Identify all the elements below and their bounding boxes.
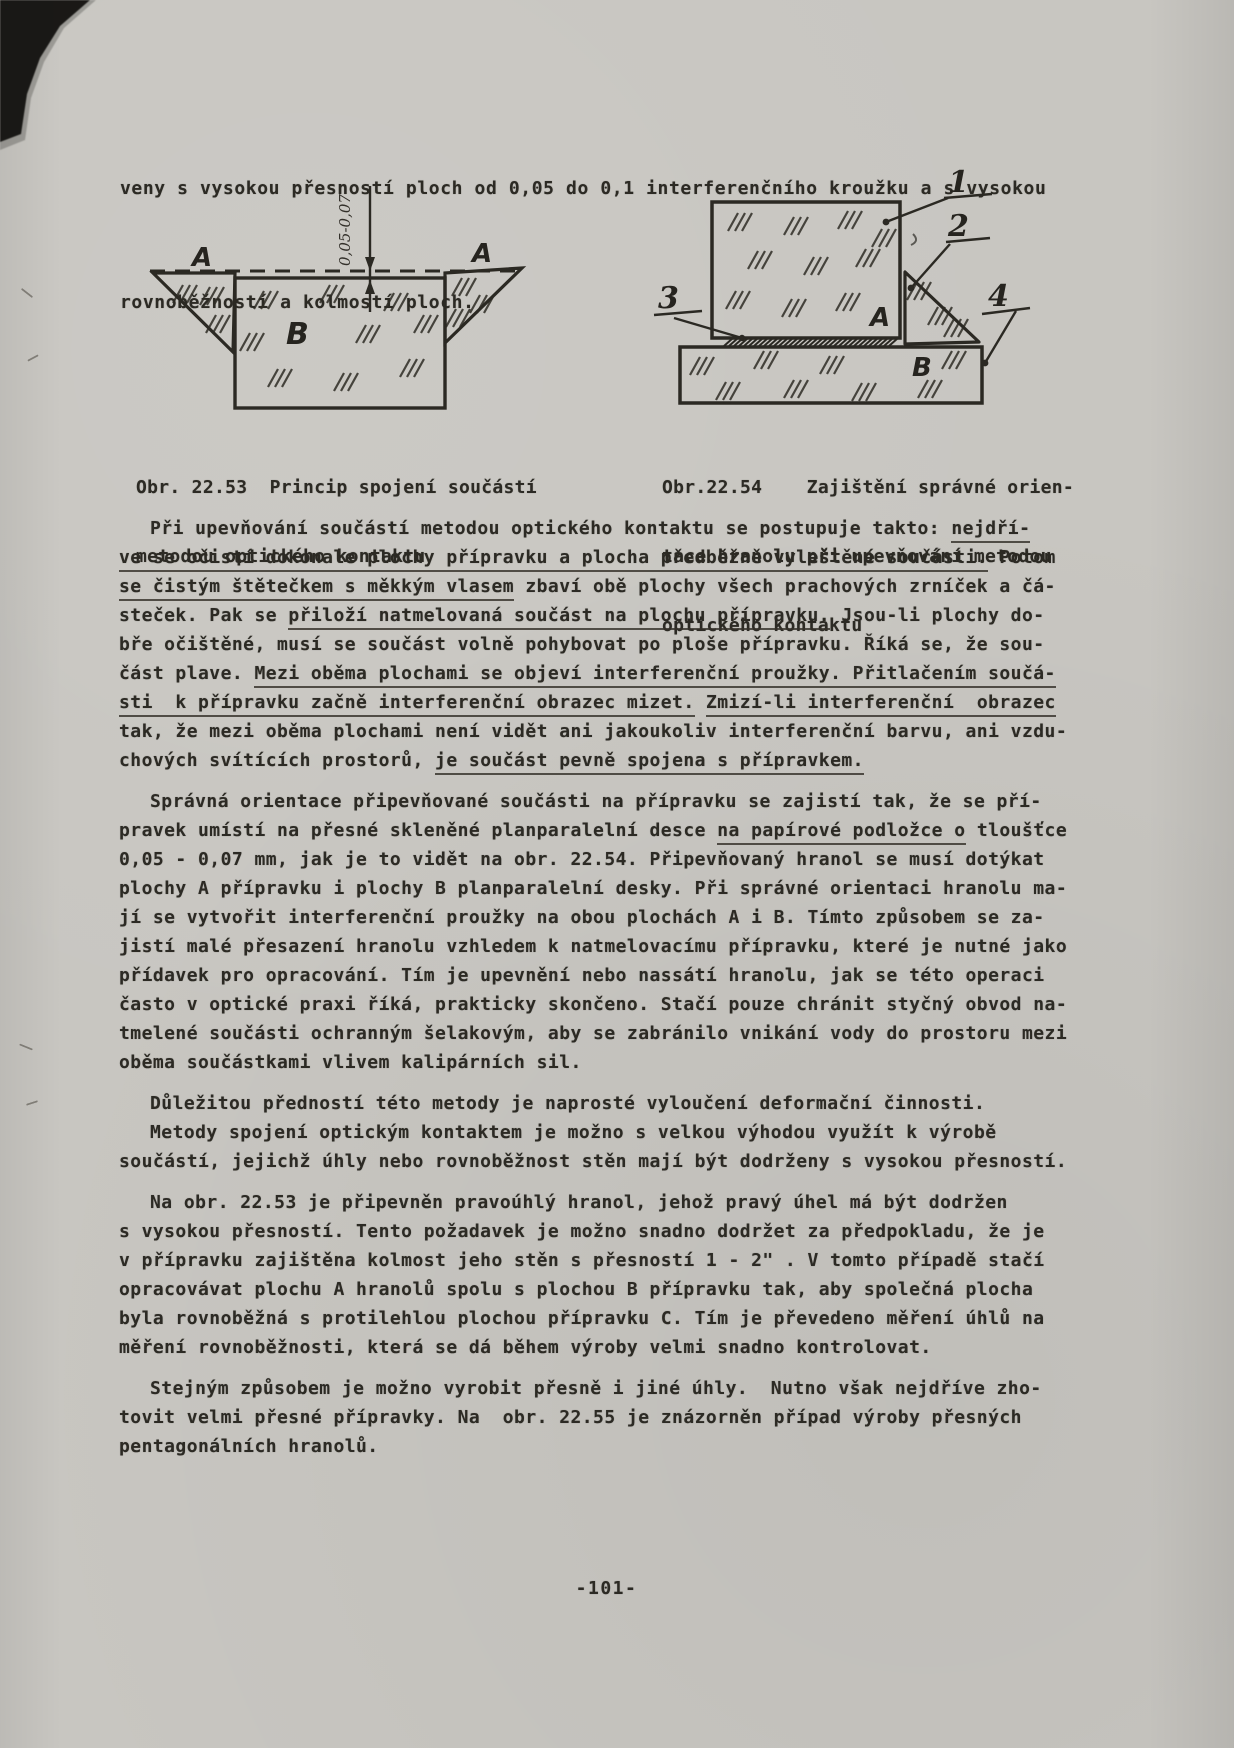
label-A-right: A (470, 239, 492, 269)
body-line: pentagonálních hranolů. (119, 1432, 1094, 1461)
body-line: Stejným způsobem je možno vyrobit přesně… (119, 1374, 1094, 1403)
body-line: Důležitou předností této metody je napro… (119, 1089, 1094, 1118)
body-line: Metody spojení optickým kontaktem je mož… (119, 1118, 1094, 1147)
text-segment: tovit velmi přesné přípravky. Na obr. 22… (119, 1407, 1022, 1428)
text-segment: Při upevňování součástí metodou optickéh… (150, 518, 951, 539)
underlined-text: nejdří- (951, 518, 1030, 543)
pencil-mark (19, 1043, 33, 1050)
dimension-arrow-up (365, 280, 375, 294)
body-line: plochy A přípravku i plochy B planparale… (119, 874, 1094, 903)
scan-corner-mark (0, 0, 110, 150)
underlined-text: přiloží natmelovaná součást na plochu př… (288, 605, 830, 630)
text-segment: v přípravku zajištěna kolmost jeho stěn … (119, 1250, 1045, 1271)
body-line: s vysokou přesností. Tento požadavek je … (119, 1217, 1094, 1246)
body-line: opracovávat plochu A hranolů spolu s plo… (119, 1275, 1094, 1304)
body-line: často v optické praxi říká, prakticky sk… (119, 990, 1094, 1019)
body-line: přídavek pro opracování. Tím je upevnění… (119, 961, 1094, 990)
text-segment: zbaví obě plochy všech prachových zrníče… (514, 576, 1056, 597)
leader-dot-4 (982, 360, 989, 367)
text-segment: často v optické praxi říká, prakticky sk… (119, 994, 1067, 1015)
text-segment: opracovávat plochu A hranolů spolu s plo… (119, 1279, 1033, 1300)
text-segment: byla rovnoběžná s protilehlou plochou př… (119, 1308, 1045, 1329)
page-number: -101- (119, 1578, 1094, 1599)
label-B-base: B (912, 353, 932, 383)
left-wedge-outline (153, 273, 235, 352)
label-A-left: A (190, 243, 212, 273)
body-line: chových svítících prostorů, je součást p… (119, 746, 1094, 775)
body-line: ve se očistí dokonale plochy přípravku a… (119, 543, 1094, 572)
text-segment: pravek umístí na přesné skleněné planpar… (119, 820, 717, 841)
text-segment: Důležitou předností této metody je napro… (150, 1093, 985, 1114)
underlined-text: je součást pevně spojena s přípravkem. (435, 750, 864, 775)
text-segment: oběma součástkami vlivem kalipárních sil… (119, 1052, 582, 1073)
caption-line: Obr. 22.53 Princip spojení součástí (136, 476, 537, 499)
body-line: jí se vytvořit interferenční proužky na … (119, 903, 1094, 932)
leader-dot-1 (883, 219, 890, 226)
text-segment: Správná orientace připevňované součásti … (150, 791, 1042, 812)
body-line: byla rovnoběžná s protilehlou plochou př… (119, 1304, 1094, 1333)
text-segment: Metody spojení optickým kontaktem je mož… (150, 1122, 997, 1143)
body-line: jistí malé přesazení hranolu vzhledem k … (119, 932, 1094, 961)
body-line: pravek umístí na přesné skleněné planpar… (119, 816, 1094, 845)
text-segment: chových svítících prostorů, (119, 750, 435, 771)
dimension-label: 0,05-0,07 (336, 194, 354, 266)
underlined-text: sti k přípravku začně interferenční obra… (119, 692, 695, 717)
leader-line-2 (911, 244, 950, 288)
underlined-text: Zmizí-li interferenční obrazec (706, 692, 1056, 717)
label-A-prism: A (868, 303, 890, 333)
dimension-arrow-down (365, 257, 375, 271)
pencil-mark (26, 1100, 38, 1106)
body-line: část plave. Mezi oběma plochami se objev… (119, 659, 1094, 688)
text-segment: tmelené součásti ochranným šelakovým, ab… (119, 1023, 1067, 1044)
body-line: tak, že mezi oběma plochami není vidět a… (119, 717, 1094, 746)
body-line: oběma součástkami vlivem kalipárních sil… (119, 1048, 1094, 1077)
label-B-block: B (286, 317, 309, 352)
pencil-mark (27, 354, 39, 361)
body-line: tovit velmi přesné přípravky. Na obr. 22… (119, 1403, 1094, 1432)
text-segment: tloušťce (966, 820, 1068, 841)
stray-mark (911, 234, 916, 245)
body-line: sti k přípravku začně interferenční obra… (119, 688, 1094, 717)
leader-dot-3 (739, 335, 745, 341)
caption-line: Obr.22.54 Zajištění správné orien- (662, 476, 1074, 499)
text-segment: s vysokou přesností. Tento požadavek je … (119, 1221, 1045, 1242)
text-segment (695, 692, 706, 713)
ref-number-2: 2 (947, 209, 969, 244)
body-line: v přípravku zajištěna kolmost jeho stěn … (119, 1246, 1094, 1275)
text-segment: bře očištěné, musí se součást volně pohy… (119, 634, 1045, 655)
underlined-text: se čistým štětečkem s měkkým vlasem (119, 576, 514, 601)
body-line: tmelené součásti ochranným šelakovým, ab… (119, 1019, 1094, 1048)
text-segment: přídavek pro opracování. Tím je upevnění… (119, 965, 1045, 986)
figure-22-54: 1 2 3 4 A B (598, 158, 1073, 413)
body-line: Na obr. 22.53 je připevněn pravoúhlý hra… (119, 1188, 1094, 1217)
body-line: Správná orientace připevňované součásti … (119, 787, 1094, 816)
body-line: Při upevňování součástí metodou optickéh… (119, 514, 1094, 543)
body-line: steček. Pak se přiloží natmelovaná součá… (119, 601, 1094, 630)
text-segment: tak, že mezi oběma plochami není vidět a… (119, 721, 1067, 742)
body-text: Při upevňování součástí metodou optickéh… (119, 514, 1094, 1461)
text-segment: 0,05 - 0,07 mm, jak je to vidět na obr. … (119, 849, 1045, 870)
ref-number-4: 4 (988, 279, 1009, 314)
body-line: bře očištěné, musí se součást volně pohy… (119, 630, 1094, 659)
text-segment: jistí malé přesazení hranolu vzhledem k … (119, 936, 1067, 957)
underlined-text: na papírové podložce o (717, 820, 965, 845)
figure-22-53: 0,05-0,07 A A B (128, 172, 573, 417)
text-segment: část plave. (119, 663, 254, 684)
body-line: měření rovnoběžnosti, která se dá během … (119, 1333, 1094, 1362)
leader-line-3 (674, 318, 742, 338)
right-wedge-outline (445, 268, 522, 343)
body-line: se čistým štětečkem s měkkým vlasem zbav… (119, 572, 1094, 601)
leader-line-4 (985, 311, 1016, 363)
text-segment: pentagonálních hranolů. (119, 1436, 379, 1457)
leader-dot-2 (908, 285, 915, 292)
text-segment: Stejným způsobem je možno vyrobit přesně… (150, 1378, 1042, 1399)
text-segment: jí se vytvořit interferenční proužky na … (119, 907, 1045, 928)
body-line: 0,05 - 0,07 mm, jak je to vidět na obr. … (119, 845, 1094, 874)
ref-number-3: 3 (658, 281, 679, 316)
text-segment: součástí, jejichž úhly nebo rovnoběžnost… (119, 1151, 1067, 1172)
text-segment: Na obr. 22.53 je připevněn pravoúhlý hra… (150, 1192, 1008, 1213)
body-line: součástí, jejichž úhly nebo rovnoběžnost… (119, 1147, 1094, 1176)
underlined-text: Mezi oběma plochami se objeví interferen… (254, 663, 1055, 688)
underlined-text: ve se očistí dokonale plochy přípravku a… (119, 547, 988, 572)
text-segment: Jsou-li plochy do- (830, 605, 1044, 626)
text-segment: Potom (988, 547, 1056, 568)
text-segment: měření rovnoběžnosti, která se dá během … (119, 1337, 932, 1358)
pencil-mark (21, 288, 33, 298)
document-page: veny s vysokou přesností ploch od 0,05 d… (0, 0, 1234, 1748)
ref-number-1: 1 (948, 165, 969, 200)
text-segment: steček. Pak se (119, 605, 288, 626)
text-segment: plochy A přípravku i plochy B planparale… (119, 878, 1067, 899)
